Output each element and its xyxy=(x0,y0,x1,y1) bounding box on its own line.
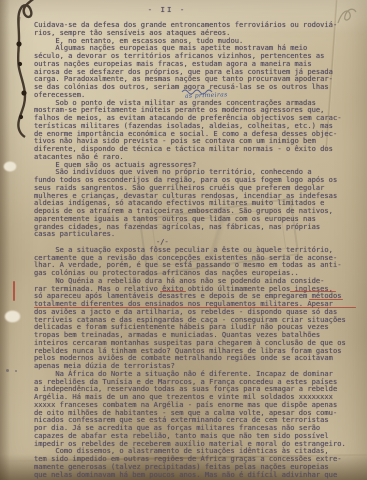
stray-ink-dot xyxy=(15,370,17,372)
paragraph: Sob o ponto de vista militar as grandes … xyxy=(34,99,362,161)
paragraph: Como dissemos, o alastramento de situaçõ… xyxy=(34,447,362,478)
red-margin-line xyxy=(13,281,15,301)
handwritten-correction: as primeiras xyxy=(185,91,228,99)
paragraph: Na África do Norte a situação não é dife… xyxy=(34,370,362,448)
punch-hole xyxy=(4,310,21,323)
paragraph: Se a situação exposta fôsse peculiar a ê… xyxy=(34,246,362,277)
document-photo: - II - Cuidava-se da defesa dos grande e… xyxy=(0,0,367,480)
page-number: - II - xyxy=(122,5,212,14)
stray-ink-dot xyxy=(6,369,9,372)
paragraph: São indivíduos que vivem no próprio terr… xyxy=(34,168,362,238)
punch-hole xyxy=(3,161,17,172)
paragraph: Cuidava-se da defesa dos grande entronca… xyxy=(34,21,362,37)
